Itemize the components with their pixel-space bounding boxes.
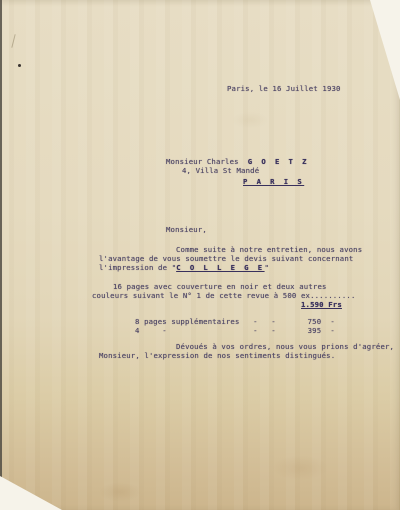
quote-line1: 16 pages avec couverture en noir et deux…: [113, 282, 327, 291]
body-paragraph1-line3-suffix: ": [265, 263, 270, 272]
quote-line2: couleurs suivant le N° 1 de cette revue …: [92, 291, 356, 300]
quote-price: 1.590 Frs: [301, 300, 342, 309]
closing-line2: Monsieur, l'expression de nos sentiments…: [99, 351, 335, 360]
recipient-street: 4, Villa St Mandé: [182, 166, 259, 175]
supplement-line1: 8 pages supplémentaires - - 750 -: [135, 317, 335, 326]
recipient-name: G O E T Z: [248, 157, 309, 166]
ink-speck: [18, 64, 21, 67]
recipient-city: P A R I S: [243, 177, 304, 186]
salutation: Monsieur,: [166, 225, 207, 234]
body-paragraph1-line3: l'impression de "C O L L E G E": [99, 263, 269, 272]
publication-title: C O L L E G E: [176, 263, 264, 272]
recipient-line: Monsieur Charles G O E T Z: [166, 157, 309, 166]
scanned-letter-page: Paris, le 16 Juillet 1930 Monsieur Charl…: [0, 0, 400, 510]
body-paragraph1-line2: l'avantage de vous soumettre le devis su…: [99, 254, 353, 263]
scan-edge-line: [0, 0, 2, 482]
body-paragraph1-line3-prefix: l'impression de ": [99, 263, 176, 272]
dateline: Paris, le 16 Juillet 1930: [227, 84, 341, 93]
supplement-line2: 4 - - - 395 -: [135, 326, 335, 335]
recipient-title: Monsieur Charles: [166, 157, 248, 166]
body-paragraph1-line1: Comme suite à notre entretien, nous avon…: [176, 245, 362, 254]
closing-line1: Dévoués à vos ordres, nous vous prions d…: [176, 342, 394, 351]
